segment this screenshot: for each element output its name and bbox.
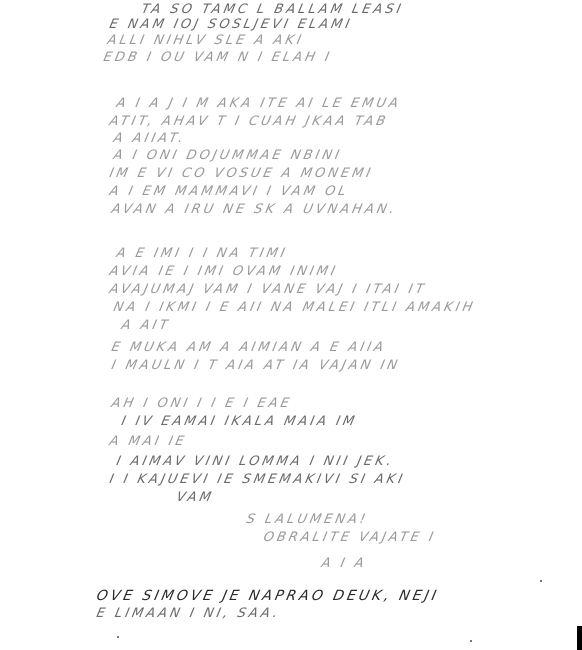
text-line: VAM [175, 490, 215, 505]
text-line: NA I IKMI I E AII NA MALEI ITLI AMAKIH [112, 300, 477, 315]
text-line: AVIA IE I IMI OVAM INIMI [108, 264, 339, 279]
text-line: A MAI IE [108, 434, 188, 449]
text-line: AVAJUMAJ VAM I VANE VAJ I ITAI IT [108, 282, 428, 297]
text-line: OBRALITE VAJATE I [262, 530, 437, 545]
text-line: I MAULN I T AIA AT IA VAJAN IN [110, 358, 402, 373]
text-line: A I EM MAMMAVI I VAM OL [108, 184, 350, 199]
text-line: A I ONI DOJUMMAE NBINI [112, 148, 343, 163]
text-line: A I A [320, 556, 368, 571]
text-line: E LIMAAN I NI, SAA. [95, 606, 282, 621]
text-line: ATIT, AHAV T I CUAH JKAA TAB [108, 114, 390, 129]
text-line: ALLI NIHLV SLE A AKI [106, 33, 305, 48]
text-line: E MUKA AM A AIMIAN A E AIIA [110, 340, 387, 355]
scanned-page: TA SO TAMC L BALLAM LEASI E NAM IOJ SOSL… [0, 0, 582, 650]
scan-speck [470, 640, 472, 642]
scan-speck [540, 580, 542, 582]
text-line: E NAM IOJ SOSLJEVI ELAMI [108, 17, 354, 32]
text-line: A AIIAT. [112, 131, 187, 146]
text-line: A E IMI I I NA TIMI [115, 246, 289, 261]
text-line: IM E VI CO VOSUE A MONEMI [108, 166, 375, 181]
scan-speck [117, 636, 119, 638]
text-line: I AIMAV VINI LOMMA I NII JEK. [115, 454, 396, 469]
scan-edge-mark [577, 626, 582, 650]
text-line: AVAN A IRU NE SK A UVNAHAN. [110, 202, 398, 217]
text-line: OVE SIMOVE JE NAPRAO DEUK, NEJI [95, 588, 441, 604]
text-line: S LALUMENA! [245, 512, 370, 527]
text-line: AH I ONI I I E I EAE [110, 396, 293, 411]
text-line: EDB I OU VAM N I ELAH I [102, 50, 333, 65]
text-line: A AIT [120, 318, 172, 333]
text-line: I I KAJUEVI IE SMEMAKIVI SI AKI [108, 472, 407, 487]
text-line: I IV EAMAI IKALA MAIA IM [120, 414, 359, 429]
text-line: A I A J I M AKA ITE AI LE EMUA [115, 96, 402, 111]
text-line: TA SO TAMC L BALLAM LEASI [140, 2, 405, 17]
